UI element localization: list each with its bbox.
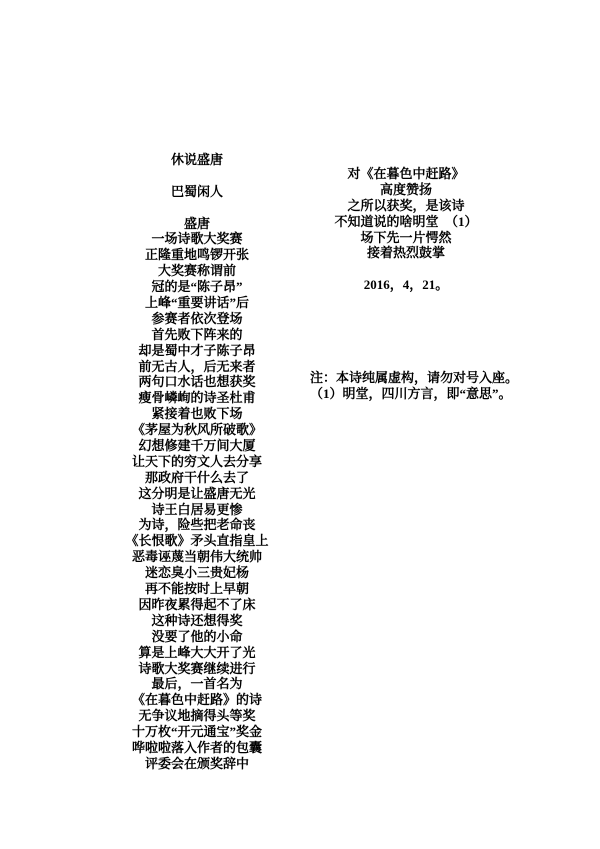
poem-title: 休说盛唐	[47, 152, 347, 168]
poem-line: 盛唐	[47, 216, 347, 232]
blank-line	[47, 168, 347, 184]
poem-line: 前无古人，后无来者	[47, 359, 347, 375]
poem-line: 这分明是让盛唐无光	[47, 486, 347, 502]
poem-line: 迷恋臭小三贵妃杨	[47, 565, 347, 581]
note-line: （1）明堂，四川方言，即“意思”。	[310, 386, 590, 402]
blank-line	[47, 200, 347, 216]
commentary-line: 场下先一片愕然	[316, 230, 496, 246]
commentary-line: 之所以获奖，是该诗	[316, 198, 496, 214]
poem-line: 上峰“重要讲话”后	[47, 295, 347, 311]
poem-column: 休说盛唐 巴蜀闲人 盛唐一场诗歌大奖赛正隆重地鸣锣开张大奖赛称谓前冠的是“陈子昂…	[47, 152, 347, 772]
poem-line: 《长恨歌》矛头直指皇上	[47, 533, 347, 549]
poem-line: 却是蜀中才子陈子昂	[47, 343, 347, 359]
poem-body: 盛唐一场诗歌大奖赛正隆重地鸣锣开张大奖赛称谓前冠的是“陈子昂”上峰“重要讲话”后…	[47, 216, 347, 772]
poem-line: 瘦骨嶙峋的诗圣杜甫	[47, 390, 347, 406]
note-line: 注：本诗纯属虚构，请勿对号入座。	[310, 370, 590, 386]
commentary-line: 高度赞扬	[316, 182, 496, 198]
commentary-column: 对《在暮色中赶路》高度赞扬之所以获奖，是该诗不知道说的啥明堂 （1）场下先一片愕…	[316, 166, 496, 293]
poem-line: 那政府干什么去了	[47, 470, 347, 486]
poem-line: 十万枚“开元通宝”奖金	[47, 724, 347, 740]
poem-line: 首先败下阵来的	[47, 327, 347, 343]
date-line: 2016，4，21。	[316, 277, 496, 293]
poem-line: 恶毒诬蔑当朝伟大统帅	[47, 549, 347, 565]
poem-line: 诗歌大奖赛继续进行	[47, 661, 347, 677]
commentary-line: 不知道说的啥明堂 （1）	[316, 214, 496, 230]
poem-line: 紧接着也败下场	[47, 406, 347, 422]
poem-author: 巴蜀闲人	[47, 184, 347, 200]
commentary-line: 对《在暮色中赶路》	[316, 166, 496, 182]
poem-line: 一场诗歌大奖赛	[47, 231, 347, 247]
poem-line: 无争议地摘得头等奖	[47, 708, 347, 724]
poem-line: 大奖赛称谓前	[47, 263, 347, 279]
poem-line: 最后，一首名为	[47, 676, 347, 692]
document-page: 休说盛唐 巴蜀闲人 盛唐一场诗歌大奖赛正隆重地鸣锣开张大奖赛称谓前冠的是“陈子昂…	[0, 0, 600, 849]
poem-line: 因昨夜累得起不了床	[47, 597, 347, 613]
poem-line: 让天下的穷文人去分享	[47, 454, 347, 470]
poem-line: 这种诗还想得奖	[47, 613, 347, 629]
poem-line: 为诗，险些把老命丧	[47, 517, 347, 533]
commentary-line: 接着热烈鼓掌	[316, 245, 496, 261]
poem-line: 算是上峰大大开了光	[47, 645, 347, 661]
poem-line: 没要了他的小命	[47, 629, 347, 645]
poem-line: 《茅屋为秋风所破歌》	[47, 422, 347, 438]
poem-line: 幻想修建千万间大厦	[47, 438, 347, 454]
poem-line: 诗王白居易更惨	[47, 502, 347, 518]
poem-line: 正隆重地鸣锣开张	[47, 247, 347, 263]
poem-line: 参赛者依次登场	[47, 311, 347, 327]
blank-line	[316, 261, 496, 277]
poem-line: 再不能按时上早朝	[47, 581, 347, 597]
poem-line: 哗啦啦落入作者的包囊	[47, 740, 347, 756]
poem-line: 评委会在颁奖辞中	[47, 756, 347, 772]
poem-line: 两句口水话也想获奖	[47, 374, 347, 390]
commentary-body: 对《在暮色中赶路》高度赞扬之所以获奖，是该诗不知道说的啥明堂 （1）场下先一片愕…	[316, 166, 496, 261]
poem-line: 冠的是“陈子昂”	[47, 279, 347, 295]
poem-line: 《在暮色中赶路》的诗	[47, 692, 347, 708]
notes-block: 注：本诗纯属虚构，请勿对号入座。（1）明堂，四川方言，即“意思”。	[310, 370, 590, 402]
